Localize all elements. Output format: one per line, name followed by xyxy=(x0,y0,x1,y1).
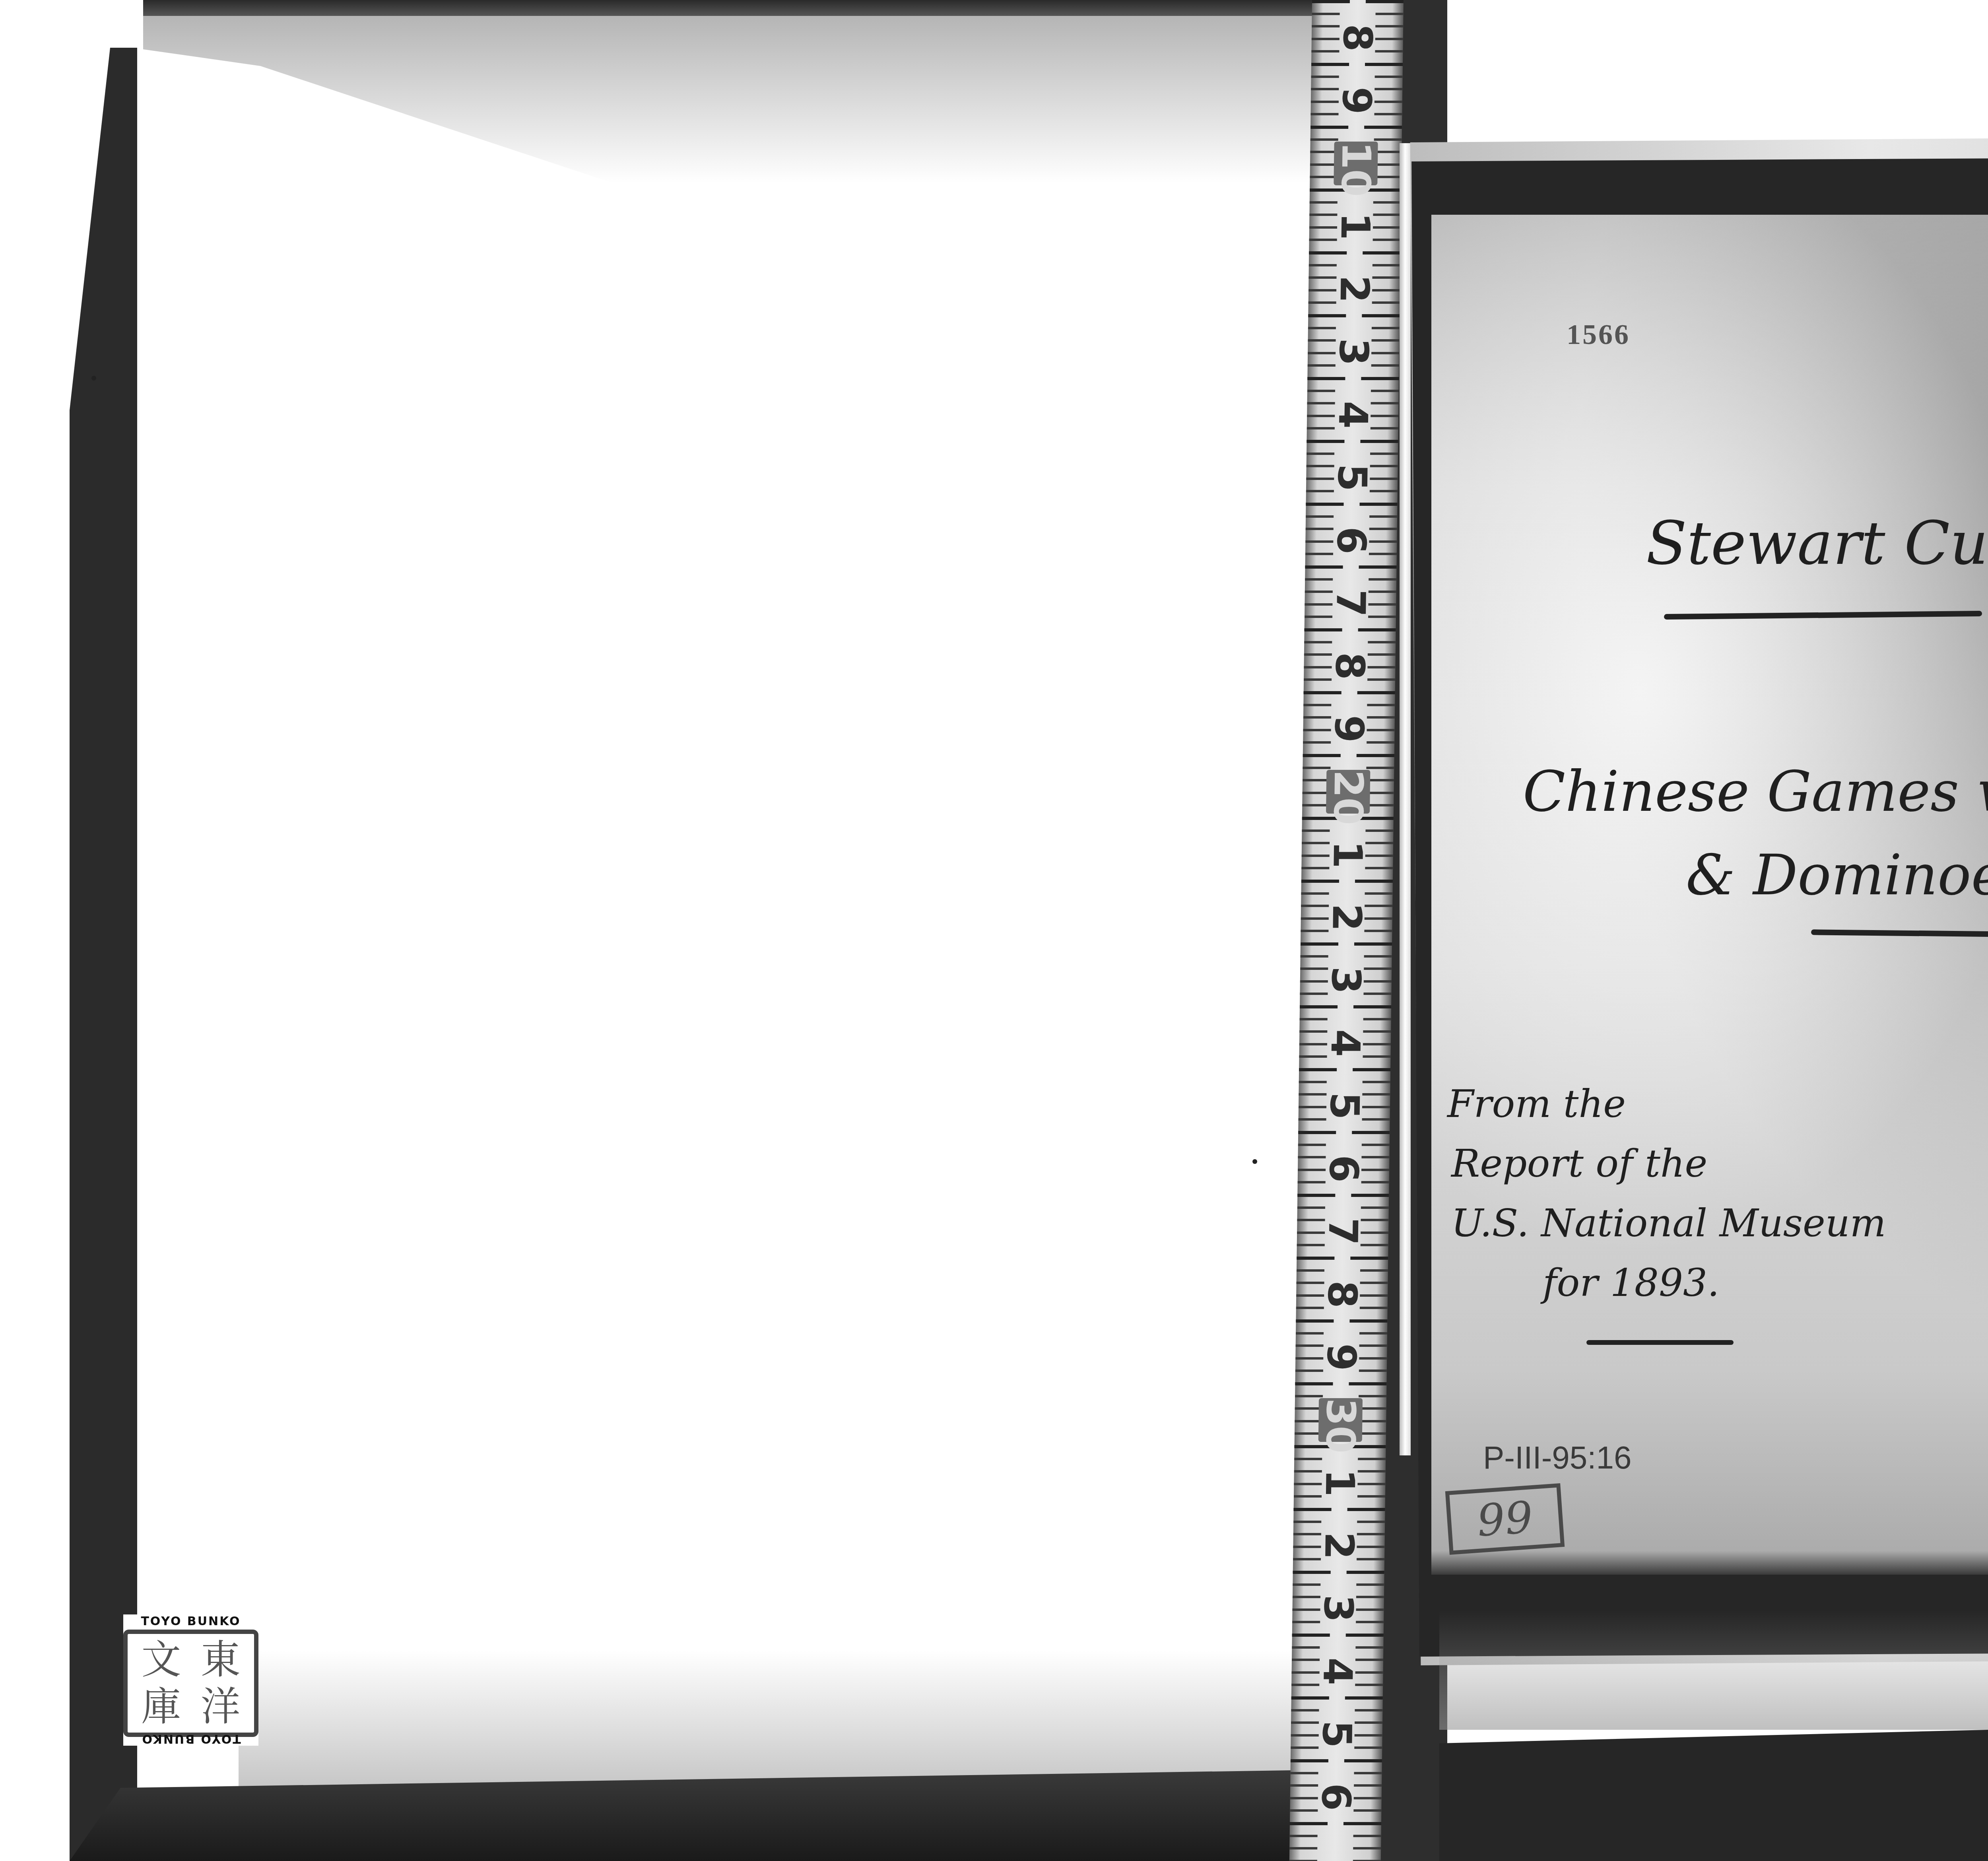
ruler-label: 3 xyxy=(1316,1587,1360,1630)
author-name: Stewart Culin. xyxy=(1646,509,1988,578)
ruler-label: 6 xyxy=(1314,1775,1358,1819)
boxed-number-text: 99 xyxy=(1449,1488,1560,1550)
ruler-edge-highlight xyxy=(1400,143,1411,1455)
seal-char: 庫 xyxy=(132,1683,191,1730)
ruler-label: 9 xyxy=(1327,707,1371,751)
ruler-label: 6 xyxy=(1321,1147,1365,1191)
stamp-label-top: TOYO BUNKO xyxy=(123,1614,258,1629)
seal-char: 東 xyxy=(191,1636,250,1683)
ruler-label: 8 xyxy=(1328,644,1372,688)
ruler-label: 9 xyxy=(1319,1335,1363,1379)
ruler-label: 7 xyxy=(1320,1210,1365,1253)
author-underline xyxy=(1664,611,1982,620)
bottom-scan-border-right xyxy=(1439,1714,1988,1861)
ruler-label: 1 xyxy=(1333,204,1377,248)
ruler-label: 4 xyxy=(1315,1649,1359,1693)
ruler-label: 2 xyxy=(1317,1524,1361,1568)
page-bottom-shading xyxy=(239,1650,1332,1789)
ruler-label: 2 xyxy=(1324,896,1369,939)
ruler-label: 2 xyxy=(1332,267,1376,311)
catalog-number: 1566 xyxy=(1567,318,1630,351)
title-line-1: Chinese Games with Dice xyxy=(1523,760,1988,824)
source-line: U.S. National Museum xyxy=(1451,1201,1886,1245)
ruler-label: 3 xyxy=(1332,330,1376,374)
ruler-label: 4 xyxy=(1331,393,1375,437)
source-line: Report of the xyxy=(1451,1141,1707,1186)
cover-bottom-shadow xyxy=(1431,1551,1988,1575)
left-scan-border xyxy=(70,48,137,1861)
ruler-label: 5 xyxy=(1322,1084,1366,1128)
title-underline xyxy=(1811,929,1988,937)
ruler-label: 5 xyxy=(1314,1712,1359,1756)
ruler-label: 3 xyxy=(1324,958,1368,1002)
seal-icon: 文 東 庫 洋 xyxy=(123,1630,258,1737)
seal-char: 文 xyxy=(132,1636,191,1683)
ruler-label: 7 xyxy=(1328,581,1373,625)
toyo-bunko-stamp-bottom-left: TOYO BUNKO 文 東 庫 洋 TOYO BUNKO xyxy=(123,1614,258,1746)
dust-speck xyxy=(1252,1159,1257,1164)
shelf-mark: P-III-95:16 xyxy=(1483,1439,1632,1476)
page-bottom-shading-right xyxy=(1439,1610,1988,1730)
source-line: for 1893. xyxy=(1543,1261,1720,1305)
blank-left-page xyxy=(135,24,1312,1781)
book-cover: 1566 Stewart Culin. Chinese Games with D… xyxy=(1431,215,1988,1575)
ruler-label: 4 xyxy=(1323,1021,1367,1065)
ruler-label: 1 xyxy=(1318,1461,1362,1505)
ruler-label: 9 xyxy=(1334,79,1378,122)
source-underline xyxy=(1586,1340,1734,1345)
ruler-label: 20 xyxy=(1326,770,1370,814)
stamp-label-bottom-inverted: TOYO BUNKO xyxy=(123,1731,258,1746)
ruler-label: 8 xyxy=(1320,1272,1364,1316)
ruler-label: 8 xyxy=(1335,16,1379,60)
scan-top-shadow xyxy=(143,0,1336,16)
ruler-label: 1 xyxy=(1325,833,1369,876)
ruler-label: 5 xyxy=(1330,456,1374,499)
ruler-label: 6 xyxy=(1329,519,1373,562)
title-line-2: & Dominoes. xyxy=(1686,843,1988,908)
ruler-label: 30 xyxy=(1318,1398,1363,1442)
ruler-label: 10 xyxy=(1334,142,1378,185)
boxed-number: 99 xyxy=(1445,1483,1565,1555)
seal-char: 洋 xyxy=(191,1683,250,1730)
source-line: From the xyxy=(1447,1082,1626,1126)
dust-speck xyxy=(91,376,96,381)
